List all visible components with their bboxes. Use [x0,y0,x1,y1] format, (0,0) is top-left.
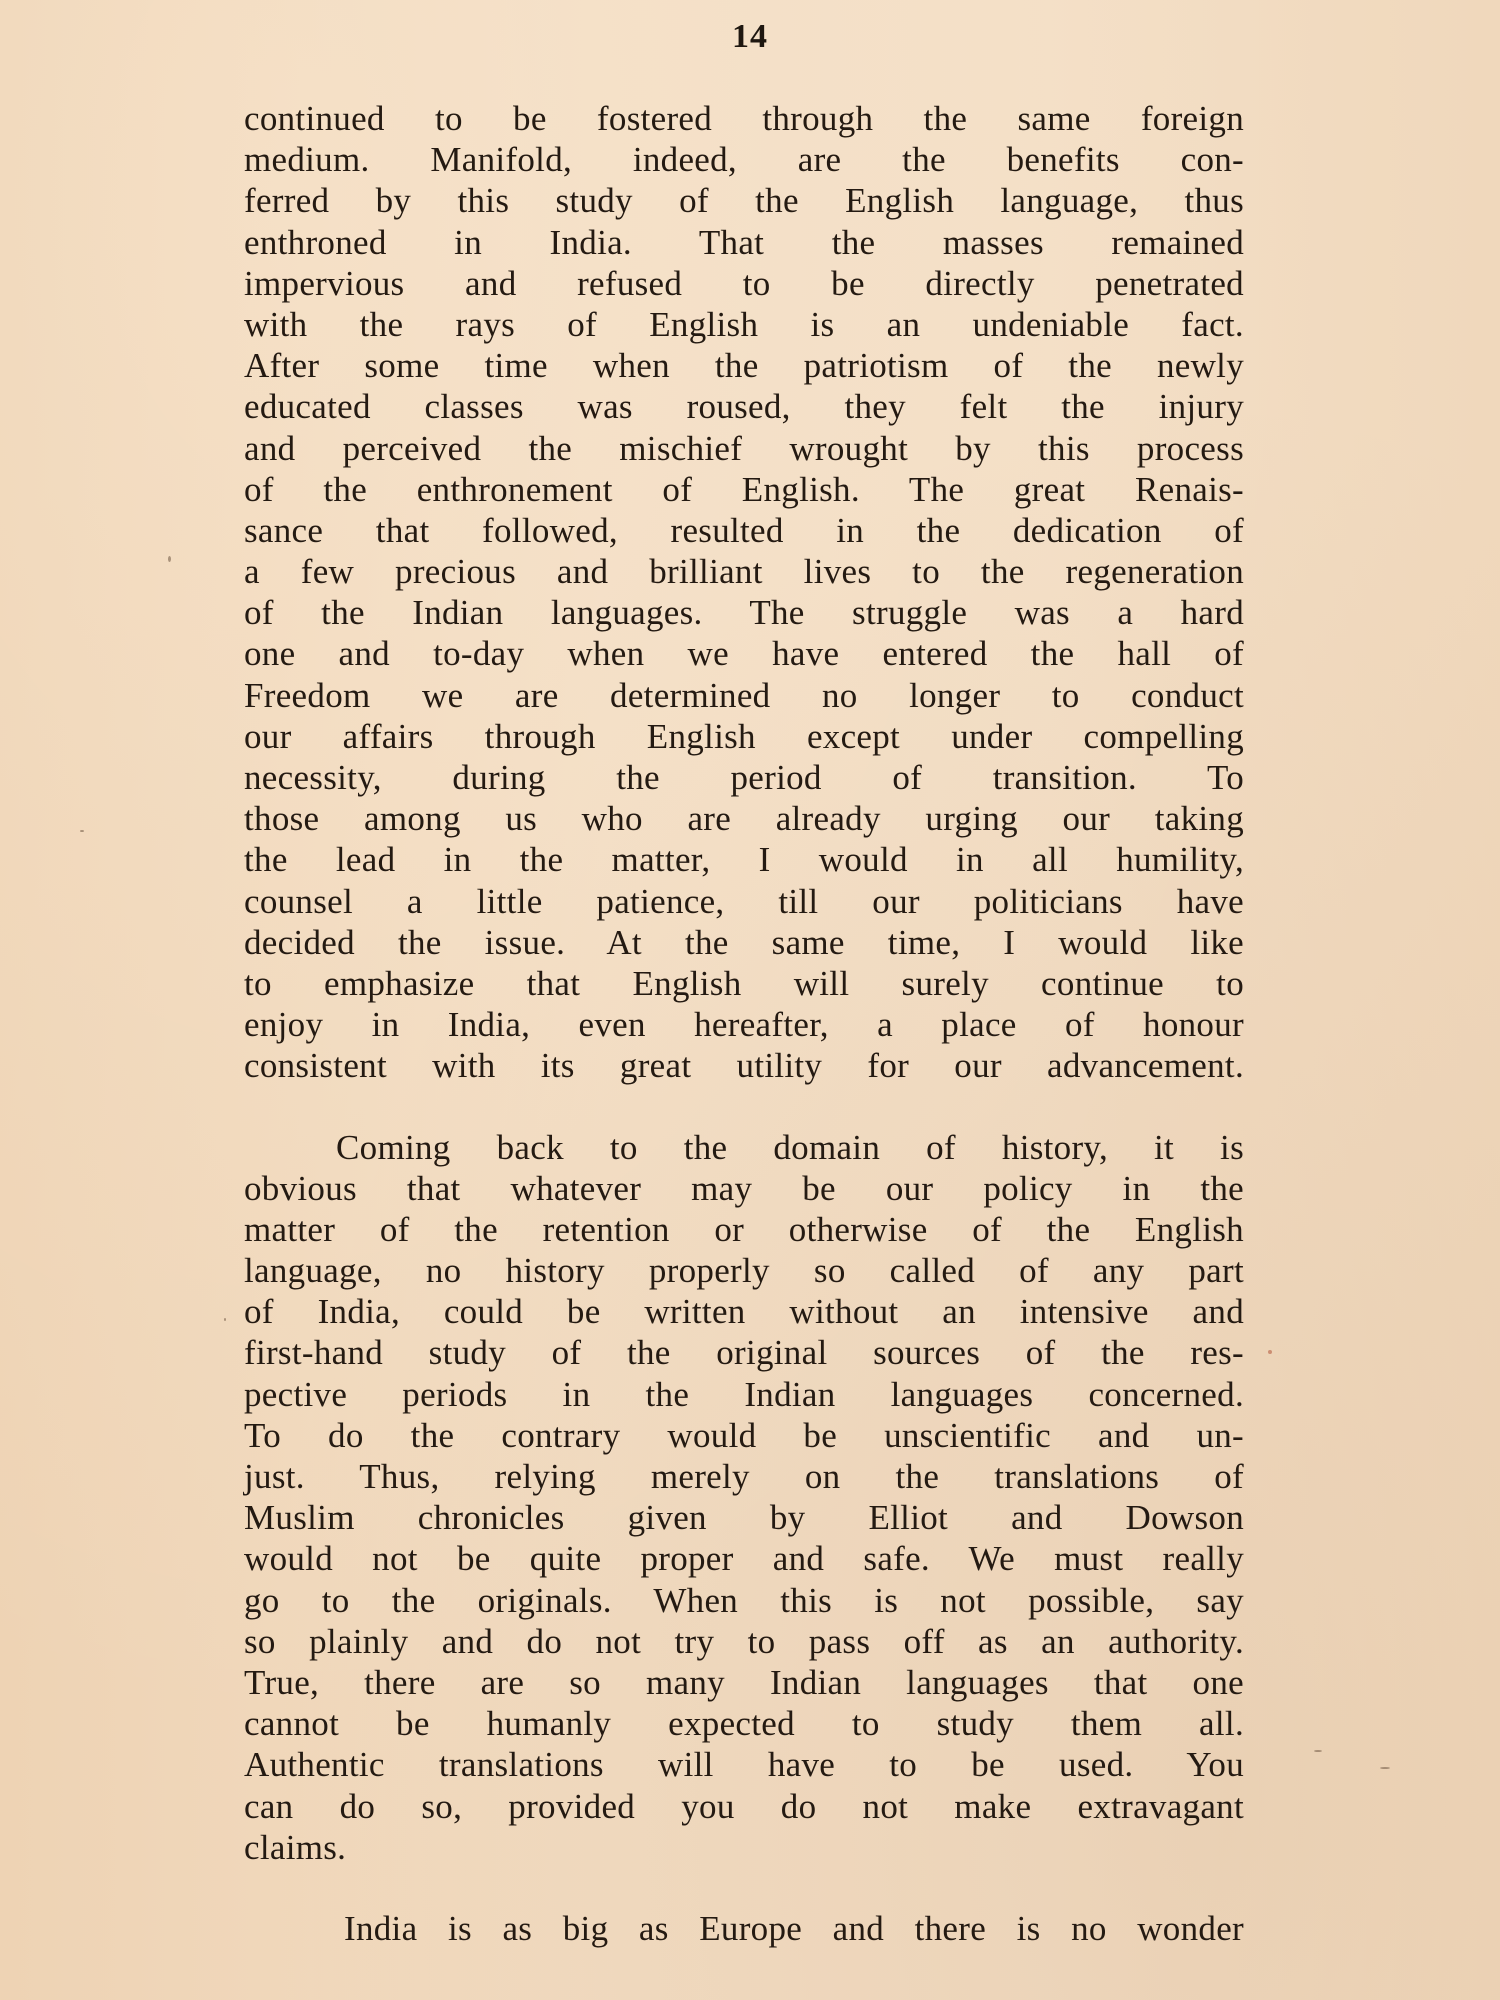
paper-speck [1314,1750,1322,1752]
text-line: educated classes was roused, they felt t… [244,386,1244,427]
paragraph-2: Coming back to the domain of history, it… [244,1127,1244,1868]
text-line: Freedom we are determined no longer to c… [244,675,1244,716]
text-line: counsel a little patience, till our poli… [244,881,1244,922]
text-line: Muslim chronicles given by Elliot and Do… [244,1497,1244,1538]
paragraph-3: India is as big as Europe and there is n… [244,1908,1244,1949]
text-line: and perceived the mischief wrought by th… [244,428,1244,469]
paper-speck [80,830,84,832]
text-line: ferred by this study of the English lang… [244,180,1244,221]
text-line: Coming back to the domain of history, it… [244,1127,1244,1168]
text-line: Authentic translations will have to be u… [244,1744,1244,1785]
text-line: of India, could be written without an in… [244,1291,1244,1332]
text-line: enjoy in India, even hereafter, a place … [244,1004,1244,1045]
text-line: of the Indian languages. The struggle wa… [244,592,1244,633]
text-line: our affairs through English except under… [244,716,1244,757]
text-line: the lead in the matter, I would in all h… [244,839,1244,880]
text-line: After some time when the patriotism of t… [244,345,1244,386]
text-line: pective periods in the Indian languages … [244,1374,1244,1415]
text-line: continued to be fostered through the sam… [244,98,1244,139]
text-line: would not be quite proper and safe. We m… [244,1538,1244,1579]
text-line: India is as big as Europe and there is n… [244,1908,1244,1949]
scanned-book-page: 14 continued to be fostered through the … [0,0,1500,2000]
text-line: language, no history properly so called … [244,1250,1244,1291]
paper-speck [168,556,171,562]
text-line: can do so, provided you do not make extr… [244,1786,1244,1827]
text-line: one and to-day when we have entered the … [244,633,1244,674]
text-line: of the enthronement of English. The grea… [244,469,1244,510]
text-line: go to the originals. When this is not po… [244,1580,1244,1621]
text-line: obvious that whatever may be our policy … [244,1168,1244,1209]
text-line: a few precious and brilliant lives to th… [244,551,1244,592]
paper-speck [1380,1767,1390,1769]
text-line: medium. Manifold, indeed, are the benefi… [244,139,1244,180]
text-line: so plainly and do not try to pass off as… [244,1621,1244,1662]
text-line: decided the issue. At the same time, I w… [244,922,1244,963]
text-line: consistent with its great utility for ou… [244,1045,1244,1086]
text-line: True, there are so many Indian languages… [244,1662,1244,1703]
text-line: to emphasize that English will surely co… [244,963,1244,1004]
text-line: sance that followed, resulted in the ded… [244,510,1244,551]
text-line: claims. [244,1827,1244,1868]
paper-speck [224,1318,226,1321]
paragraph-1: continued to be fostered through the sam… [244,98,1244,1087]
text-line: necessity, during the period of transiti… [244,757,1244,798]
text-line: first-hand study of the original sources… [244,1332,1244,1373]
text-line: enthroned in India. That the masses rema… [244,222,1244,263]
text-line: with the rays of English is an undeniabl… [244,304,1244,345]
text-line: To do the contrary would be unscientific… [244,1415,1244,1456]
text-line: matter of the retention or otherwise of … [244,1209,1244,1250]
page-number: 14 [0,18,1500,56]
paper-speck [1268,1350,1272,1354]
text-line: impervious and refused to be directly pe… [244,263,1244,304]
text-line: just. Thus, relying merely on the transl… [244,1456,1244,1497]
text-line: cannot be humanly expected to study them… [244,1703,1244,1744]
text-line: those among us who are already urging ou… [244,798,1244,839]
body-text: continued to be fostered through the sam… [244,98,1244,1949]
